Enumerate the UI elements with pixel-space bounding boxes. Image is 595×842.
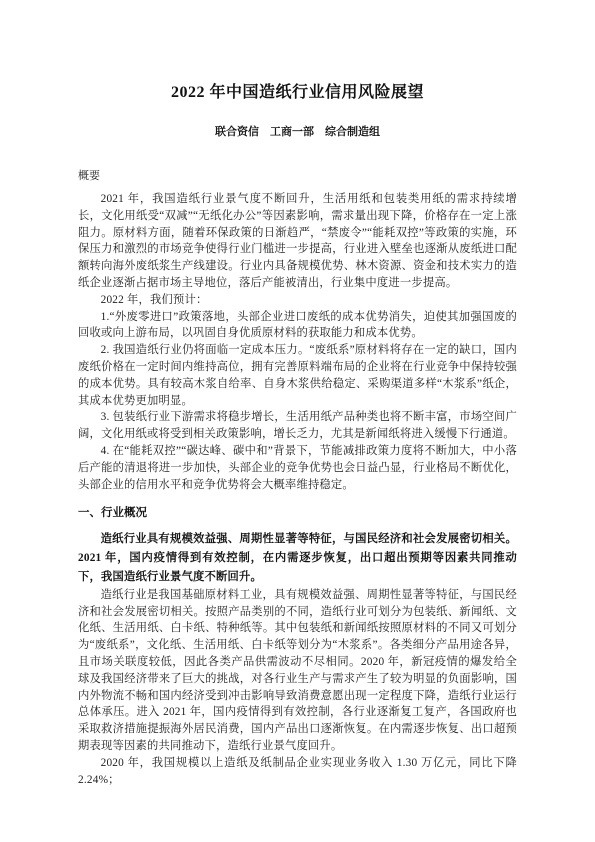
- document-byline: 联合资信 工商一部 综合制造组: [78, 125, 517, 139]
- forecast-item-3: 3. 包装纸行业下游需求将稳步增长，生活用纸产品种类也将不断丰富，市场空间广阔，…: [78, 409, 517, 443]
- summary-heading: 概要: [78, 169, 517, 183]
- industry-overview-paragraph: 造纸行业是我国基础原材料工业，具有规模效益强、周期性显著等特征，与国民经济和社会…: [78, 587, 517, 755]
- summary-overview-paragraph: 2021 年，我国造纸行业景气度不断回升，生活用纸和包装类用纸的需求持续增长，文…: [78, 191, 517, 292]
- section-lead-paragraph: 造纸行业具有规模效益强、周期性显著等特征，与国民经济和社会发展密切相关。2021…: [78, 530, 517, 586]
- revenue-statistics-paragraph: 2020 年，我国规模以上造纸及纸制品企业实现业务收入 1.30 万亿元，同比下…: [78, 755, 517, 789]
- document-page: 2022 年中国造纸行业信用风险展望 联合资信 工商一部 综合制造组 概要 20…: [0, 0, 595, 842]
- forecast-item-1: 1.“外废零进口”政策落地，头部企业进口废纸的成本优势消失，迫使其加强国废的回收…: [78, 309, 517, 343]
- document-title: 2022 年中国造纸行业信用风险展望: [78, 0, 517, 103]
- forecast-item-4: 4. 在“能耗双控”“碳达峰、碳中和”背景下，节能减排政策力度将不断加大，中小落…: [78, 443, 517, 493]
- forecast-intro-line: 2022 年，我们预计：: [78, 292, 517, 309]
- section-heading-industry-overview: 一、行业概况: [78, 506, 517, 521]
- forecast-item-2: 2. 我国造纸行业仍将面临一定成本压力。“废纸系”原材料将存在一定的缺口，国内废…: [78, 342, 517, 409]
